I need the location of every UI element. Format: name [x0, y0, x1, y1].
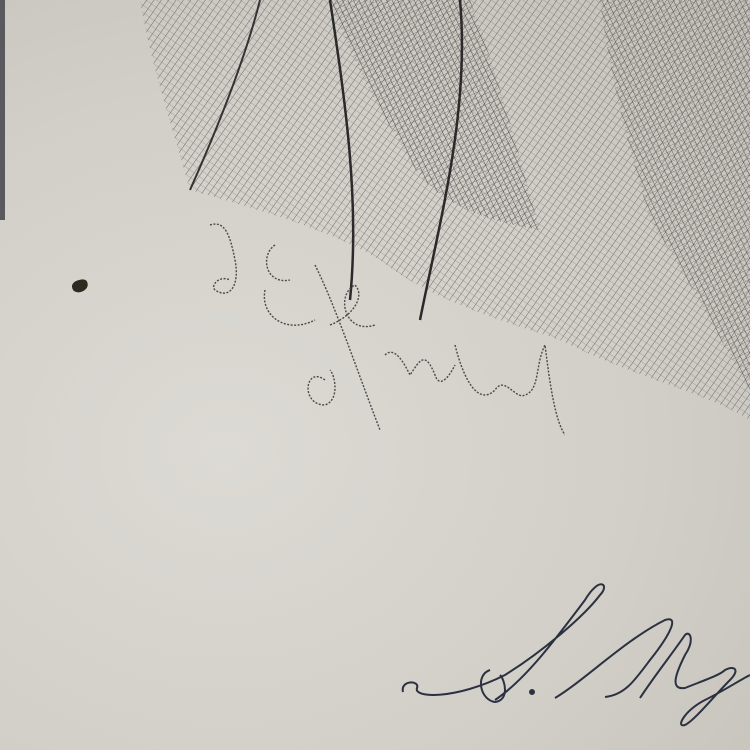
autograph-signature [395, 580, 750, 730]
engraving-photo: J. E. Aspenhardt 69 A. Nr [0, 0, 750, 750]
engraver-signature [205, 215, 565, 445]
